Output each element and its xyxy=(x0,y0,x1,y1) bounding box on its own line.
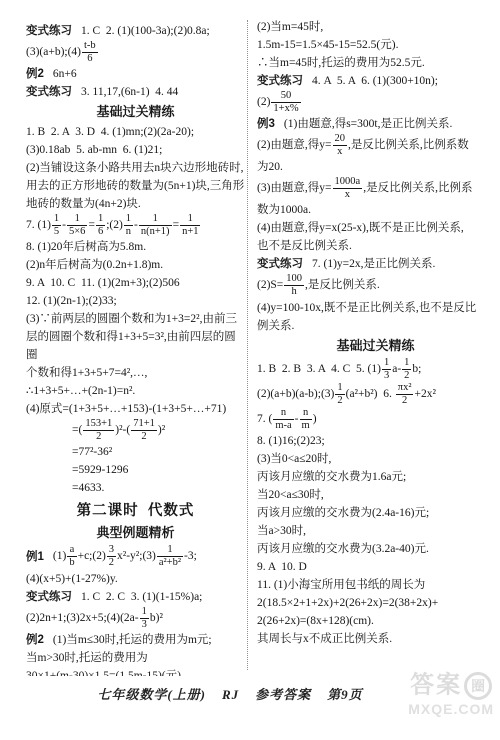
answer-line: (4)y=100-10x,既不是正比例关系,也不是反比 xyxy=(257,299,494,317)
footer-edition: RJ xyxy=(222,687,239,702)
fraction: nm xyxy=(300,407,312,432)
footer-page-number: 第9页 xyxy=(327,687,363,702)
fraction: πx²2 xyxy=(396,382,414,407)
fraction: 15×6 xyxy=(67,213,87,238)
answer-line: 9. A 10. D xyxy=(257,558,494,576)
answer-line: 7. (1)15-15×6=16;(2)1n-1n(n+1)=1n+1 xyxy=(26,213,245,238)
answer-line: (4)(x+5)+(1-27%)y. xyxy=(26,570,245,588)
answer-line: (2)501+x% xyxy=(257,90,494,115)
page-footer: 七年级数学(上册)RJ参考答案第9页 xyxy=(0,684,460,703)
fraction: 12 xyxy=(402,357,411,382)
section-heading: 第二课时 代数式 xyxy=(26,500,245,522)
column-divider xyxy=(247,20,248,670)
answer-line: 8. (1)16;(2)23; xyxy=(257,432,494,450)
section-heading: 基础过关精练 xyxy=(257,336,494,356)
exercise-label: 例2 xyxy=(26,634,44,646)
answer-line: (2)(a+b)(a-b);(3)12(a²+b²) 6. πx²2+2x² xyxy=(257,382,494,407)
answer-line: 当a>30时, xyxy=(257,522,494,540)
answer-line: 个数和得1+3+5+7=4²,…, xyxy=(26,364,245,382)
answer-line: 1. B 2. A 3. D 4. (1)mn;(2)(2a-20); xyxy=(26,123,245,141)
answer-line: ∴当m=45时,托运的费用为52.5元. xyxy=(257,54,494,72)
answer-key-page: 变式练习1. C 2. (1)(100-3a);(2)0.8a;(3)(a+b)… xyxy=(0,0,500,740)
section-heading: 基础过关精练 xyxy=(26,102,245,122)
answer-line: 2(18.5×2+1+2x)+2(26+2x)=2(38+2x)+ xyxy=(257,594,494,612)
answer-line: 30×1+(m-30)×1.5=(1.5m-15)(元). xyxy=(26,667,245,676)
fraction: 13 xyxy=(382,357,391,382)
answer-line: 例2(1)当m≤30时,托运的费用为m元; xyxy=(26,631,245,649)
exercise-label: 例3 xyxy=(257,118,275,130)
answer-line: 变式练习1. C 2. C 3. (1)(1-15%)a; xyxy=(26,588,245,606)
answer-line: 2(26+2x)=(8x+128)(cm). xyxy=(257,612,494,630)
answer-line: 当m>30时,托运的费用为 xyxy=(26,649,245,667)
answer-line: 1. B 2. B 3. A 4. C 5. (1)13a-12b; xyxy=(257,357,494,382)
answer-line: (2)2n+1;(3)2x+5;(4)(2a-13b)² xyxy=(26,606,245,631)
fraction: 1a²+b² xyxy=(157,544,183,569)
answer-line: =(153+12)²-(71+12)² xyxy=(26,418,245,443)
answer-line: 为20. xyxy=(257,158,494,176)
answer-line: ∴1+3+5+…+(2n-1)=n². xyxy=(26,382,245,400)
answer-line: (3)0.18ab 5. ab-mn 6. (1)21; xyxy=(26,141,245,159)
fraction: 15 xyxy=(52,213,61,238)
answer-line: 用去的正方形地砖的数量为(5n+1)块,三角形 xyxy=(26,177,245,195)
answer-line: =77²-36² xyxy=(26,443,245,461)
answer-line: (2)由题意,得y=20x,是反比例关系,比例系数 xyxy=(257,133,494,158)
fraction: 13 xyxy=(140,606,149,631)
answer-line: 当20<a≤30时, xyxy=(257,486,494,504)
fraction: 1n xyxy=(124,213,133,238)
answer-line: 变式练习4. A 5. A 6. (1)(300+10n); xyxy=(257,72,494,90)
answer-line: (4)原式=(1+3+5+…+153)-(1+3+5+…+71) xyxy=(26,400,245,418)
answer-line: 丙该月应缴的交水费为1.6a元; xyxy=(257,468,494,486)
exercise-label: 变式练习 xyxy=(257,258,303,270)
watermark-logo: 答案圈 MXQE.COM xyxy=(408,672,494,717)
answer-line: (3)当0<a≤20时, xyxy=(257,450,494,468)
answer-line: 变式练习3. 11,17,(6n-1) 4. 44 xyxy=(26,83,245,101)
fraction: 1n+1 xyxy=(180,213,200,238)
answer-line: 8. (1)20年后树高为5.8m. xyxy=(26,238,245,256)
fraction: 20x xyxy=(333,133,348,158)
answer-line: (3)∵前两层的圆圈个数和为1+3=2²,由前三 xyxy=(26,310,245,328)
answer-line: (3)(a+b);(4)t-b6 xyxy=(26,40,245,65)
footer-answer-label: 参考答案 xyxy=(255,687,311,702)
answer-line: (3)由题意,得y=1000ax,是反比例关系,比例系 xyxy=(257,176,494,201)
answer-line: 例3(1)由题意,得s=300t,是正比例关系. xyxy=(257,115,494,133)
answer-line: 变式练习1. C 2. (1)(100-3a);(2)0.8a; xyxy=(26,22,245,40)
fraction: nm-a xyxy=(273,407,293,432)
answer-line: 例26n+6 xyxy=(26,65,245,83)
fraction: 153+12 xyxy=(83,418,114,443)
fraction: 1n(n+1) xyxy=(139,213,172,238)
fraction: 501+x% xyxy=(271,90,300,115)
answer-line: 丙该月应缴的交水费为(3.2a-40)元. xyxy=(257,540,494,558)
answer-line: 例关系. xyxy=(257,317,494,335)
footer-book-title: 七年级数学(上册) xyxy=(97,687,206,702)
watermark-circle-icon: 圈 xyxy=(464,672,492,700)
answer-line: 层的圆圈个数和得1+3+5=3²,由前四层的圆圈 xyxy=(26,328,245,364)
answer-line: 地砖的数量为(4n+2)块. xyxy=(26,195,245,213)
exercise-label: 变式练习 xyxy=(26,591,72,603)
answer-line: 也不是反比例关系. xyxy=(257,237,494,255)
fraction: 71+12 xyxy=(131,418,157,443)
answer-line: =5929-1296 xyxy=(26,461,245,479)
answer-line: 变式练习7. (1)y=2x,是正比例关系. xyxy=(257,255,494,273)
answer-line: (2)n年后树高为(0.2n+1.8)m. xyxy=(26,256,245,274)
exercise-label: 变式练习 xyxy=(26,86,72,98)
fraction: t-b6 xyxy=(82,40,98,65)
fraction: 100h xyxy=(284,273,304,298)
fraction: 16 xyxy=(96,213,105,238)
fraction: ab xyxy=(67,544,76,569)
exercise-label: 例1 xyxy=(26,551,44,563)
answer-line: 1.5m-15=1.5×45-15=52.5(元). xyxy=(257,36,494,54)
answer-line: (2)当铺设这条小路共用去n块六边形地砖时, xyxy=(26,159,245,177)
exercise-label: 变式练习 xyxy=(257,75,303,87)
answer-line: 12. (1)(2n-1);(2)33; xyxy=(26,292,245,310)
exercise-label: 变式练习 xyxy=(26,25,72,37)
answer-line: =4633. xyxy=(26,479,245,497)
answer-line: 9. A 10. C 11. (1)(2m+3);(2)506 xyxy=(26,274,245,292)
answer-line: (4)由题意,得y=x(25-x),既不是正比例关系, xyxy=(257,219,494,237)
watermark-brand: 答案圈 xyxy=(408,672,494,700)
exercise-label: 例2 xyxy=(26,68,44,80)
answer-line: (2)S=100h,是反比例关系. xyxy=(257,273,494,298)
answer-line: 其周长与x不成正比例关系. xyxy=(257,630,494,648)
answer-line: 丙该月应缴的交水费为(2.4a-16)元; xyxy=(257,504,494,522)
answer-line: 数为1000a. xyxy=(257,201,494,219)
watermark-site-url: MXQE.COM xyxy=(408,702,494,717)
fraction: 32 xyxy=(107,544,116,569)
fraction: 12 xyxy=(335,382,344,407)
answer-column-left: 变式练习1. C 2. (1)(100-3a);(2)0.8a;(3)(a+b)… xyxy=(26,22,245,676)
answer-column-right: (2)当m=45时,1.5m-15=1.5×45-15=52.5(元).∴当m=… xyxy=(257,18,494,668)
answer-line: 7. (nm-a-nm) xyxy=(257,407,494,432)
fraction: 1000ax xyxy=(333,176,363,201)
answer-line: (2)当m=45时, xyxy=(257,18,494,36)
answer-line: 11. (1)小海宝所用包书纸的周长为 xyxy=(257,576,494,594)
section-heading: 典型例题精析 xyxy=(26,523,245,543)
answer-line: 例1(1)ab+c;(2)32x²-y²;(3)1a²+b²-3; xyxy=(26,544,245,569)
